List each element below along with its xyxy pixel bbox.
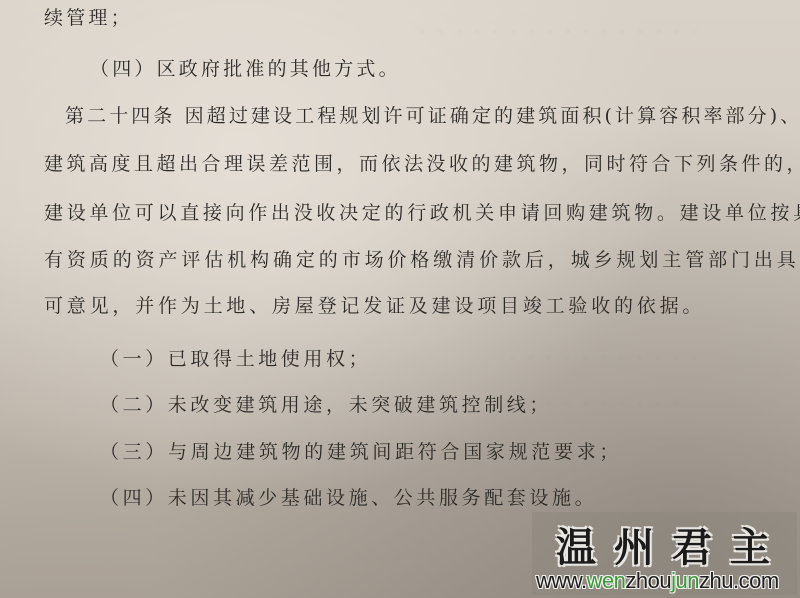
condition-item: （三）与周边建筑物的建筑间距符合国家规范要求； xyxy=(100,443,622,462)
url-part: zhou xyxy=(625,568,671,593)
bleed-through-text: · · · · · · · · · · · · · · · · xyxy=(420,22,702,41)
watermark: 温州君主 www.wenzhoujunzhu.com xyxy=(532,512,797,595)
text-line: （四）区政府批准的其他方式。 xyxy=(90,60,401,79)
url-part: zhu.com xyxy=(699,568,779,593)
text-line: 建筑高度且超出合理误差范围，而依法没收的建筑物，同时符合下列条件的， xyxy=(44,155,800,174)
text-line: 续管理； xyxy=(44,9,133,28)
watermark-url: www.wenzhoujunzhu.com xyxy=(536,568,779,594)
condition-item: （二）未改变建筑用途，未突破建筑控制线； xyxy=(100,396,552,415)
watermark-title: 温州君主 xyxy=(556,516,788,573)
url-part: www. xyxy=(536,568,587,593)
article-24-heading-line: 第二十四条 因超过建设工程规划许可证确定的建筑面积(计算容积率部分)、 xyxy=(65,107,800,126)
text-line: 有资质的资产评估机构确定的市场价格缴清价款后，城乡规划主管部门出具认 xyxy=(44,251,800,270)
condition-item: （一）已取得土地使用权； xyxy=(100,350,371,369)
bleed-through-text: · · · · · · · · · · · xyxy=(510,348,701,367)
condition-item: （四）未因其减少基础设施、公共服务配套设施。 xyxy=(100,489,597,508)
text-line: 可意见，并作为土地、房屋登记发证及建设项目竣工验收的依据。 xyxy=(44,297,705,316)
document-photo: · · · · · · · · · · · · · · · · · · · · … xyxy=(0,0,800,598)
url-part-accent: wen xyxy=(587,568,626,593)
url-part-accent: jun xyxy=(671,568,699,593)
text-line: 建设单位可以直接向作出没收决定的行政机关申请回购建筑物。建设单位按具 xyxy=(44,204,800,223)
